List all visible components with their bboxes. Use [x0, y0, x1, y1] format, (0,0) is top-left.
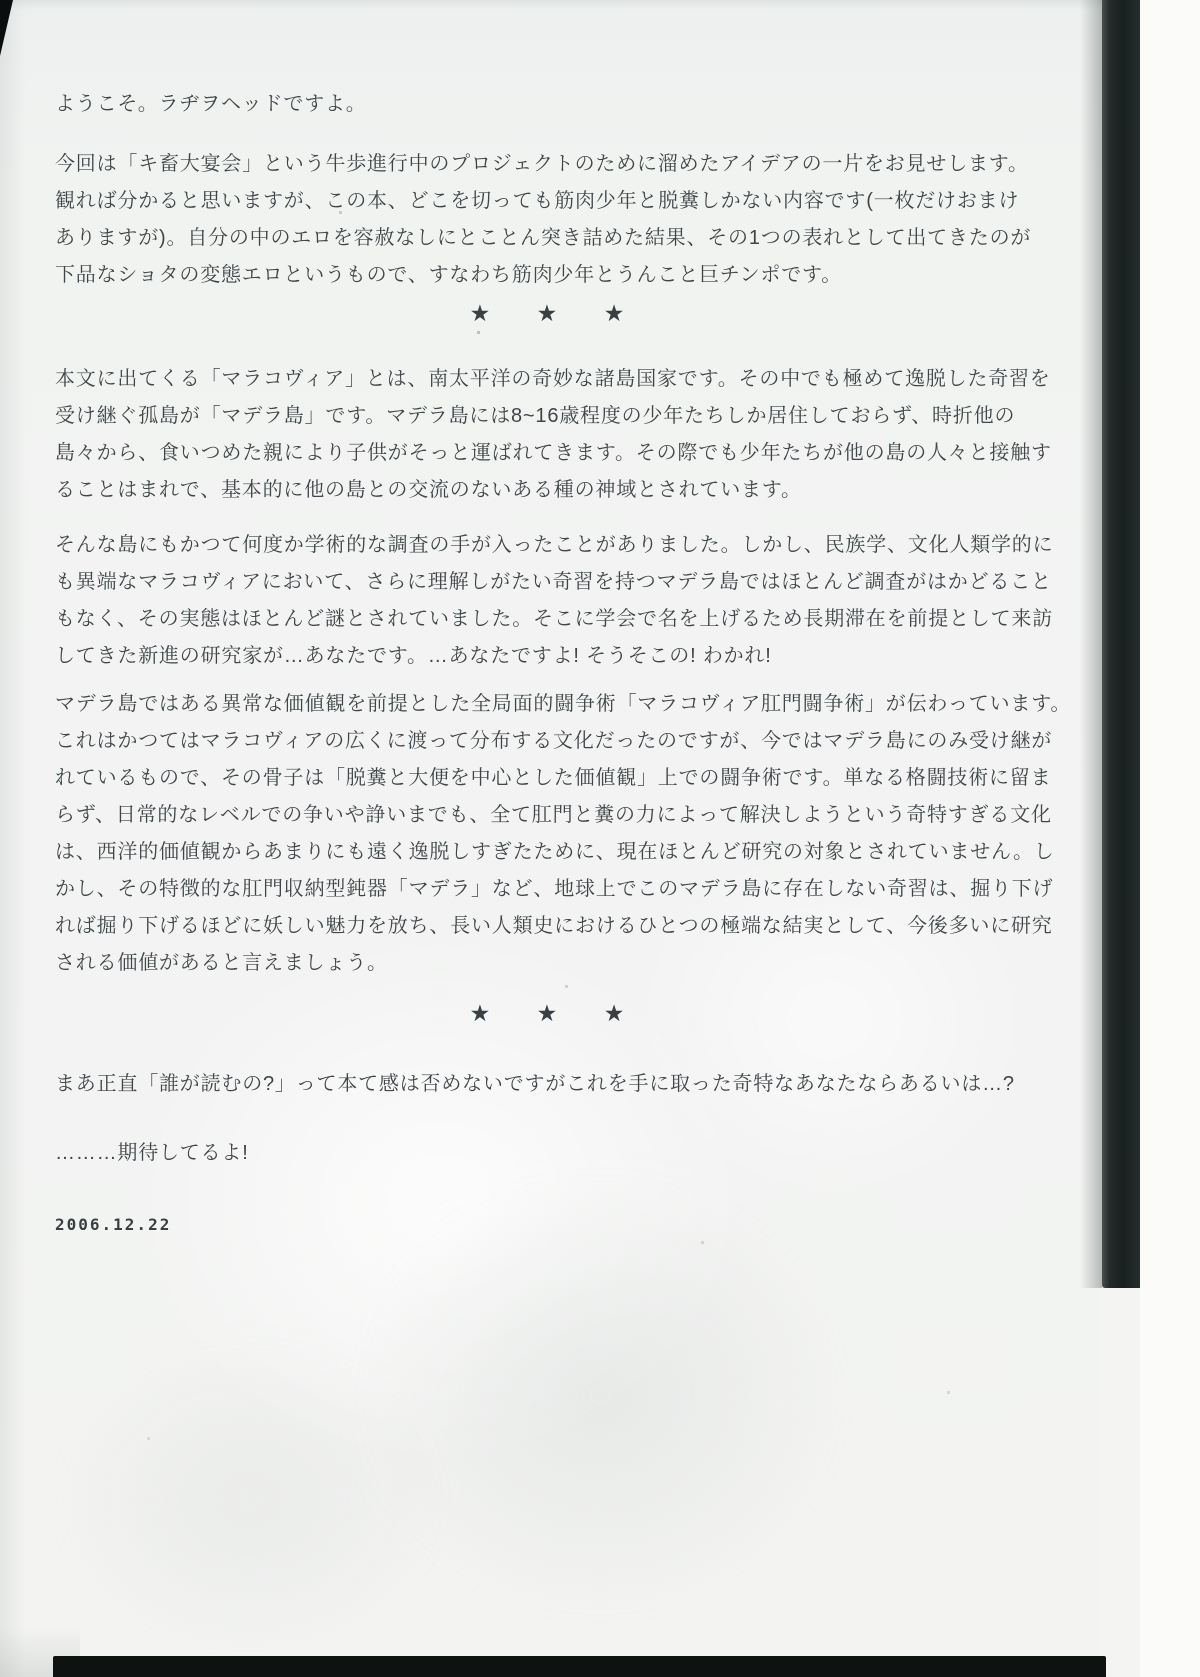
- text-line: もなく、その実態はほとんど謎とされていました。そこに学会で名を上げるため長期滞在…: [55, 601, 1053, 638]
- text-line: ることはまれで、基本的に他の島との交流のないある種の神域とされています。: [55, 472, 1052, 509]
- paragraph-martial-art: マデラ島ではある異常な価値観を前提とした全局面的闘争術「マラコヴィア肛門闘争術」…: [55, 686, 1071, 982]
- top-scan-shade: [0, 0, 1200, 10]
- page-edge-shadow: [1080, 0, 1102, 1288]
- text-line: まあ正直「誰が読むの?」って本て感は否めないですがこれを手に取った奇特なあなたな…: [55, 1066, 1015, 1103]
- paragraph-closing: まあ正直「誰が読むの?」って本て感は否めないですがこれを手に取った奇特なあなたな…: [55, 1066, 1015, 1103]
- text-line: 観れば分かると思いますが、この本、どこを切っても筋肉少年と脱糞しかない内容です(…: [55, 183, 1031, 220]
- star-divider: ★ ★ ★: [55, 295, 1045, 332]
- paragraph-project-intro: 今回は「キ畜大宴会」という牛歩進行中のプロジェクトのために溜めたアイデアの一片を…: [55, 146, 1031, 294]
- text-line: れば掘り下げるほどに妖しい魅力を放ち、長い人類史におけるひとつの極端な結実として…: [55, 908, 1071, 945]
- text-line: らず、日常的なレベルでの争いや諍いまでも、全て肛門と糞の力によって解決しようとい…: [55, 797, 1071, 834]
- date-stamp: 2006.12.22: [55, 1206, 171, 1243]
- scanned-afterword-page: ようこそ。ラヂヲヘッドですよ。 今回は「キ畜大宴会」という牛歩進行中のプロジェク…: [0, 0, 1200, 1677]
- paragraph-researcher: そんな島にもかつて何度か学術的な調査の手が入ったことがありました。しかし、民族学…: [55, 527, 1053, 675]
- text-line: ようこそ。ラヂヲヘッドですよ。: [55, 86, 367, 123]
- paper-ghost-blob: [360, 1180, 840, 1610]
- paragraph-islands-lore: 本文に出てくる「マラコヴィア」とは、南太平洋の奇妙な諸島国家です。その中でも極め…: [55, 361, 1052, 509]
- text-line: してきた新進の研究家が…あなたです。…あなたですよ! そうそこの! わかれ!: [55, 638, 1053, 675]
- top-left-corner-mark: [0, 0, 13, 56]
- right-edge-scan-bar: [1102, 0, 1140, 1288]
- text-line: れているもので、その骨子は「脱糞と大便を中心とした価値観」上での闘争術です。単な…: [55, 760, 1071, 797]
- paper-ghost-blob: [60, 1350, 440, 1650]
- bottom-edge-scan-bar: [53, 1656, 1106, 1677]
- left-scan-shade: [0, 0, 26, 1677]
- text-line: マデラ島ではある異常な価値観を前提とした全局面的闘争術「マラコヴィア肛門闘争術」…: [55, 686, 1071, 723]
- text-line: かし、その特徴的な肛門収納型鈍器「マデラ」など、地球上でこのマデラ島に存在しない…: [55, 871, 1071, 908]
- text-line: 今回は「キ畜大宴会」という牛歩進行中のプロジェクトのために溜めたアイデアの一片を…: [55, 146, 1031, 183]
- text-line: これはかつてはマラコヴィアの広くに渡って分布する文化だったのですが、今ではマデラ…: [55, 723, 1071, 760]
- text-line: 下品なショタの変態エロというもので、すなわち筋肉少年とうんこと巨チンポです。: [55, 257, 1031, 294]
- star-divider: ★ ★ ★: [55, 995, 1045, 1032]
- text-line: 島々から、食いつめた親により子供がそっと運ばれてきます。その際でも少年たちが他の…: [55, 435, 1052, 472]
- text-line: は、西洋的価値観からあまりにも遠く逸脱しすぎたために、現在ほとんど研究の対象とさ…: [55, 834, 1071, 871]
- right-edge-under-area: [1102, 1288, 1140, 1677]
- text-line: そんな島にもかつて何度か学術的な調査の手が入ったことがありました。しかし、民族学…: [55, 527, 1053, 564]
- text-line: ………期待してるよ!: [55, 1135, 249, 1172]
- sign-off-line: ………期待してるよ!: [55, 1135, 249, 1172]
- right-scan-margin: [1140, 0, 1200, 1677]
- greeting-line: ようこそ。ラヂヲヘッドですよ。: [55, 86, 367, 123]
- text-line: 受け継ぐ孤島が「マデラ島」です。マデラ島には8~16歳程度の少年たちしか居住して…: [55, 398, 1052, 435]
- text-line: 本文に出てくる「マラコヴィア」とは、南太平洋の奇妙な諸島国家です。その中でも極め…: [55, 361, 1052, 398]
- text-line: も異端なマラコヴィアにおいて、さらに理解しがたい奇習を持つマデラ島ではほとんど調…: [55, 564, 1053, 601]
- text-line: ありますが)。自分の中のエロを容赦なしにとことん突き詰めた結果、その1つの表れと…: [55, 220, 1031, 257]
- text-line: される価値があると言えましょう。: [55, 945, 1071, 982]
